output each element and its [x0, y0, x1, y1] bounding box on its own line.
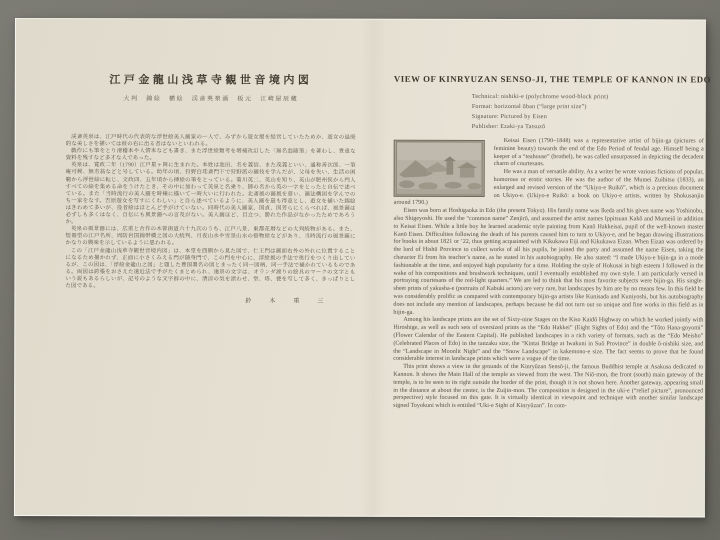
japanese-title: 江戸金龍山浅草寺観世音境内図: [66, 71, 356, 88]
photo-of-document: 江戸金龍山浅草寺観世音境内図 大判 錦絵 横絵 渓斎英泉画 板元 江崎屋辰蔵 渓…: [0, 0, 720, 540]
english-title: VIEW OF KINRYUZAN SENSO-JI, THE TEMPLE O…: [394, 74, 704, 85]
english-body: Keisai Eisen (1790–1848) was a represent…: [393, 138, 704, 412]
japanese-paragraphs: 渓斎英泉は、江戸時代の代表的な浮世絵美人画家の一人で、みずから遊女屋を経営してい…: [65, 134, 355, 291]
english-paragraph: This print shows a view in the grounds o…: [393, 364, 703, 411]
print-thumbnail-art: [395, 141, 484, 196]
japanese-format-line: 大判 錦絵 横絵 渓斎英泉画 板元 江崎屋辰蔵: [66, 93, 356, 103]
japanese-paragraph: 渓斎英泉は、江戸時代の代表的な浮世絵美人画家の一人で、みずから遊女屋を経営してい…: [66, 134, 356, 149]
english-paragraph: Eisen was born at Hoshigaoka in Edo (the…: [393, 208, 703, 318]
japanese-paragraph: 英泉は、寛政二年（1790）江戸星ヶ岡に生まれた。本姓は池田、名を義信、また茂義…: [66, 162, 356, 226]
print-thumbnail-image: [394, 140, 485, 197]
japanese-paragraph: 英泉の風景画には、広重と合作の木曽街道六十九次のうち、江戸八景、東都花暦などの大…: [66, 226, 356, 248]
english-page: VIEW OF KINRYUZAN SENSO-JI, THE TEMPLE O…: [393, 72, 704, 412]
japanese-body: 渓斎英泉は、江戸時代の代表的な浮世絵美人画家の一人で、みずから遊女屋を経営してい…: [65, 134, 355, 305]
japanese-page: 江戸金龍山浅草寺観世音境内図 大判 錦絵 横絵 渓斎英泉画 板元 江崎屋辰蔵 渓…: [65, 71, 355, 305]
center-crease: [360, 20, 387, 516]
description-sheet: 江戸金龍山浅草寺観世音境内図 大判 錦絵 横絵 渓斎英泉画 板元 江崎屋辰蔵 渓…: [14, 18, 706, 517]
technical-detail-line: Technical: nishiki-e (polychrome wood-bl…: [472, 92, 704, 102]
technical-detail-line: Format: horizontal ōban (“large print si…: [472, 102, 704, 112]
japanese-paragraph: この「江戸金龍山浅草寺観世音境内図」は、本堂を西側から見た図で、仁王門は画面右外…: [65, 248, 355, 291]
technical-detail-line: Signature: Pictured by Eisen: [472, 112, 704, 122]
japanese-paragraph: 戯作にも筆をとり滑稽本や人情本なども書き、また浮世絵類考を増補改訂した「無名翁随…: [66, 148, 356, 163]
technical-details: Technical: nishiki-e (polychrome wood-bl…: [472, 92, 704, 132]
technical-detail-line: Publisher: Ezaki-ya Tatsuzō: [472, 122, 704, 132]
technical-detail-lines: Technical: nishiki-e (polychrome wood-bl…: [472, 92, 704, 132]
english-paragraph: Among his landscape prints are the set o…: [393, 317, 703, 364]
author-signature: 鈴 木 重 三: [65, 295, 329, 305]
